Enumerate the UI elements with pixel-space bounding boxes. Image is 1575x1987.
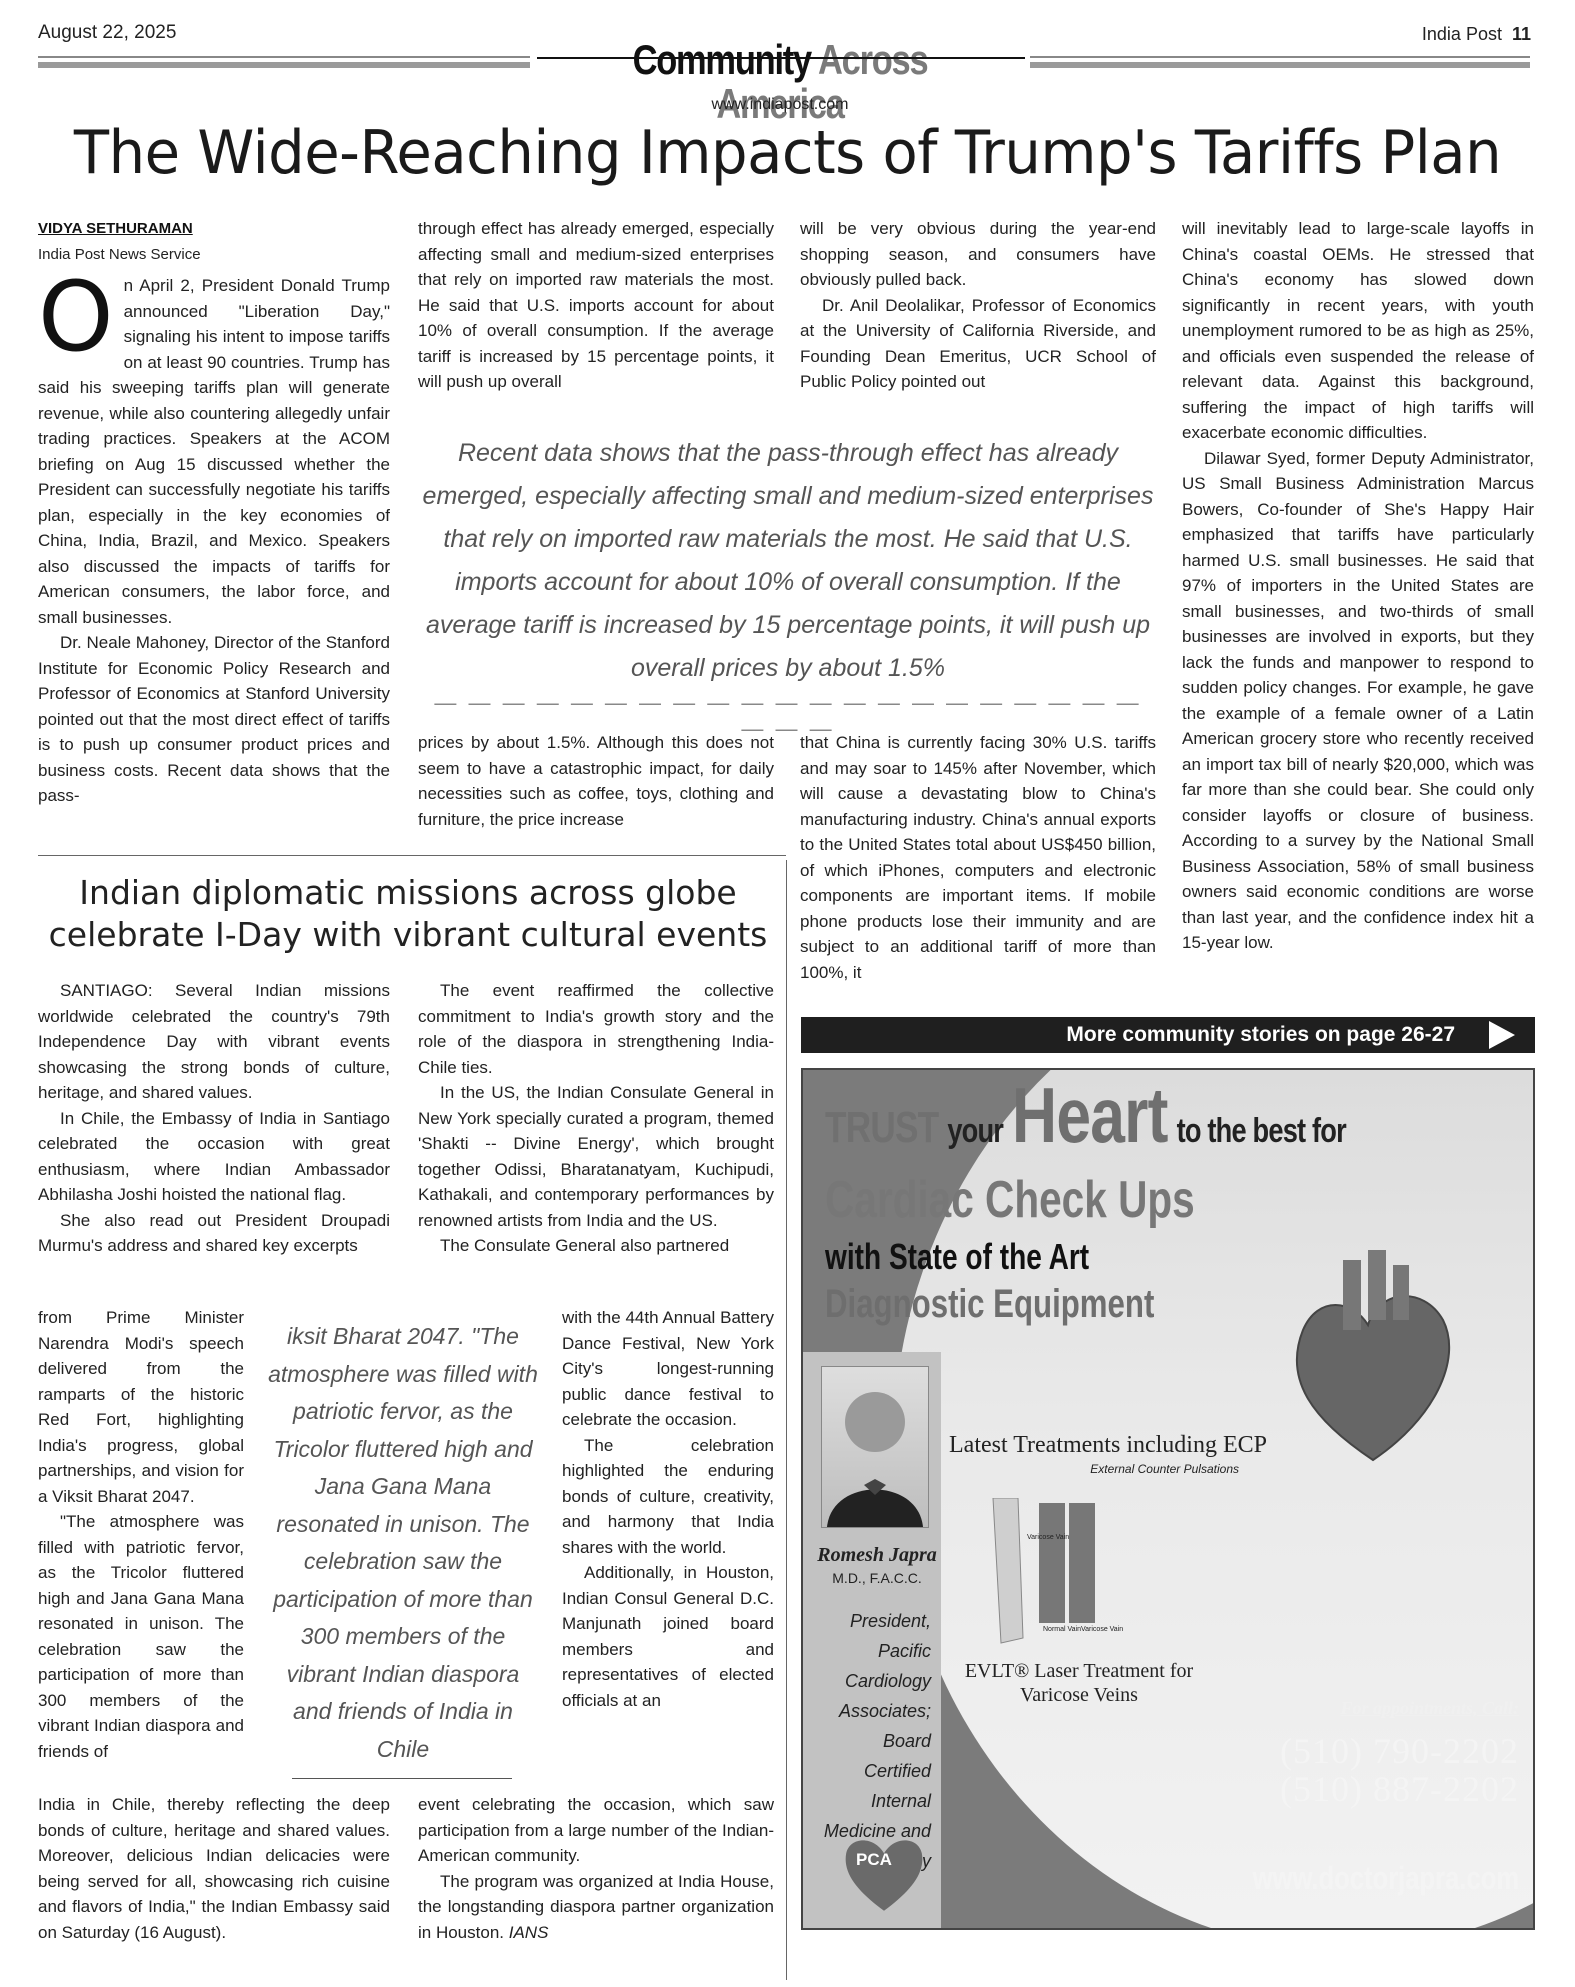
- paragraph: "The atmosphere was filled with patrioti…: [38, 1509, 244, 1764]
- ad-phone-2[interactable]: (510) 887-2202: [1280, 1768, 1519, 1810]
- page-number: 11: [1512, 24, 1531, 44]
- paragraph: will be very obvious during the year-end…: [800, 216, 1156, 293]
- main-article-column-2-top: through effect has already emerged, espe…: [418, 216, 774, 395]
- title-line: Certified Internal: [807, 1756, 931, 1816]
- ad-diagnostic: Diagnostic Equipment: [825, 1282, 1154, 1327]
- paragraph: The event reaffirmed the collective comm…: [418, 978, 774, 1080]
- second-article-column-1-top: SANTIAGO: Several Indian missions worldw…: [38, 978, 390, 1259]
- ad-website[interactable]: www.doctorjapra.com: [1253, 1860, 1519, 1897]
- ad-varicose-veins: Varicose Veins: [949, 1684, 1209, 1707]
- ad-to-the-best: to the best for: [1177, 1112, 1346, 1150]
- masthead-bar-left: [38, 62, 530, 68]
- ad-evlt: EVLT® Laser Treatment for: [949, 1660, 1209, 1683]
- main-headline: The Wide-Reaching Impacts of Trump's Tar…: [32, 118, 1544, 188]
- anatomical-heart-icon: [1273, 1250, 1473, 1470]
- pca-logo: PCA: [839, 1828, 909, 1898]
- paragraph: with the 44th Annual Battery Dance Festi…: [562, 1305, 774, 1433]
- ad-company: PACIFIC CARDIOLOGY ASSOCIATES: [1255, 1816, 1519, 1833]
- paragraph: The celebration highlighted the enduring…: [562, 1433, 774, 1561]
- paragraph: Dr. Neale Mahoney, Director of the Stanf…: [38, 630, 390, 809]
- byline-service: India Post News Service: [38, 242, 390, 268]
- main-article-column-4: will inevitably lead to large-scale layo…: [1182, 216, 1534, 956]
- paragraph: The Consulate General also partnered: [418, 1233, 774, 1259]
- main-article-column-3-bottom: that China is currently facing 30% U.S. …: [800, 730, 1156, 985]
- section-title-dark: Community: [633, 36, 811, 83]
- heart-logo-icon: [839, 1828, 929, 1918]
- cardiology-advertisement[interactable]: TRUST your Heart to the best for Cardiac…: [801, 1068, 1535, 1930]
- paragraph: In Chile, the Embassy of India in Santia…: [38, 1106, 390, 1208]
- paragraph: India in Chile, thereby reflecting the d…: [38, 1792, 390, 1945]
- main-article-column-1: VIDYA SETHURAMAN India Post News Service…: [38, 216, 390, 809]
- pullquote-underline: [292, 1778, 512, 1779]
- byline-author: VIDYA SETHURAMAN: [38, 216, 390, 242]
- paragraph: event celebrating the occasion, which sa…: [418, 1792, 774, 1869]
- ad-ecp-full: External Counter Pulsations: [983, 1462, 1239, 1476]
- paragraph: through effect has already emerged, espe…: [418, 216, 774, 395]
- doctor-name: Romesh Japra: [817, 1544, 937, 1567]
- article-divider-vertical: [786, 860, 787, 1980]
- more-stories-banner[interactable]: More community stories on page 26-27: [801, 1017, 1535, 1053]
- title-line: President, Pacific: [807, 1606, 931, 1666]
- ad-cardiac-checkups: Cardiac Check Ups: [825, 1170, 1195, 1230]
- paragraph: prices by about 1.5%. Although this does…: [418, 730, 774, 832]
- masthead-rule-right: [1030, 56, 1530, 58]
- paragraph: SANTIAGO: Several Indian missions worldw…: [38, 978, 390, 1106]
- doctor-portrait-icon: [822, 1367, 928, 1527]
- more-stories-label: More community stories on page 26-27: [1066, 1023, 1455, 1047]
- vein-label-varicose: Varicose Vain: [1027, 1534, 1069, 1541]
- second-pullquote: iksit Bharat 2047. "The atmosphere was f…: [266, 1318, 540, 1768]
- pca-logo-text: PCA: [839, 1850, 909, 1870]
- doctor-credentials: M.D., F.A.C.C.: [817, 1570, 937, 1586]
- ad-latest-treatments: Latest Treatments including ECP: [949, 1432, 1239, 1459]
- article-divider-horizontal: [38, 855, 786, 856]
- issue-date: August 22, 2025: [38, 22, 176, 44]
- paragraph: will inevitably lead to large-scale layo…: [1182, 216, 1534, 446]
- drop-cap: O: [38, 279, 114, 355]
- masthead-rule-left: [38, 56, 530, 58]
- ad-your: your: [947, 1112, 1003, 1150]
- main-article-column-3-top: will be very obvious during the year-end…: [800, 216, 1156, 395]
- publication-name: India Post: [1422, 24, 1502, 44]
- ad-phone-1[interactable]: (510) 790-2202: [1280, 1730, 1519, 1772]
- main-article-column-2-bottom: prices by about 1.5%. Although this does…: [418, 730, 774, 832]
- title-line: Associates; Board: [807, 1696, 931, 1756]
- paragraph: The program was organized at India House…: [418, 1869, 774, 1946]
- paragraph: Dilawar Syed, former Deputy Administrato…: [1182, 446, 1534, 956]
- paragraph: Dr. Anil Deolalikar, Professor of Econom…: [800, 293, 1156, 395]
- paragraph: In the US, the Indian Consulate General …: [418, 1080, 774, 1233]
- vein-label-varicose-2: Varicose Vain: [1081, 1626, 1123, 1633]
- publication-info: India Post11: [1422, 24, 1531, 45]
- masthead-rule-center: [537, 57, 1025, 59]
- ad-headline: TRUST your Heart to the best for: [825, 1070, 1346, 1161]
- second-article-column-2-top: The event reaffirmed the collective comm…: [418, 978, 774, 1259]
- title-line: Cardiology: [807, 1666, 931, 1696]
- masthead-bar-right: [1030, 62, 1530, 68]
- main-pullquote: Recent data shows that the pass-through …: [418, 432, 1158, 690]
- second-headline: Indian diplomatic missions across globe …: [38, 872, 778, 956]
- ad-address: 3155 Kearney Street, Ste. 210, Fremont, …: [1201, 1836, 1519, 1852]
- ad-appointments-label: For appointments, Call:: [1340, 1698, 1519, 1719]
- paragraph-text: The program was organized at India House…: [418, 1872, 774, 1942]
- paragraph: Additionally, in Houston, Indian Consul …: [562, 1560, 774, 1713]
- doctor-photo: [821, 1366, 929, 1528]
- play-arrow-icon: [1489, 1021, 1515, 1049]
- news-agency-credit: IANS: [509, 1923, 549, 1942]
- ad-trust: TRUST: [825, 1103, 938, 1152]
- vein-label-normal: Normal Vain: [1043, 1626, 1081, 1633]
- second-article-column-1-bottom: India in Chile, thereby reflecting the d…: [38, 1792, 390, 1945]
- ad-state-of-art: with State of the Art: [825, 1236, 1089, 1278]
- paragraph: from Prime Minister Narendra Modi's spee…: [38, 1305, 244, 1509]
- ad-heart-word: Heart: [1012, 1071, 1168, 1159]
- second-article-column-1-narrow: from Prime Minister Narendra Modi's spee…: [38, 1305, 244, 1764]
- paragraph: that China is currently facing 30% U.S. …: [800, 730, 1156, 985]
- paragraph: She also read out President Droupadi Mur…: [38, 1208, 390, 1259]
- second-article-column-2-narrow: with the 44th Annual Battery Dance Festi…: [562, 1305, 774, 1713]
- second-article-column-2-bottom: event celebrating the occasion, which sa…: [418, 1792, 774, 1945]
- website-link[interactable]: www.indiapost.com: [530, 96, 1030, 114]
